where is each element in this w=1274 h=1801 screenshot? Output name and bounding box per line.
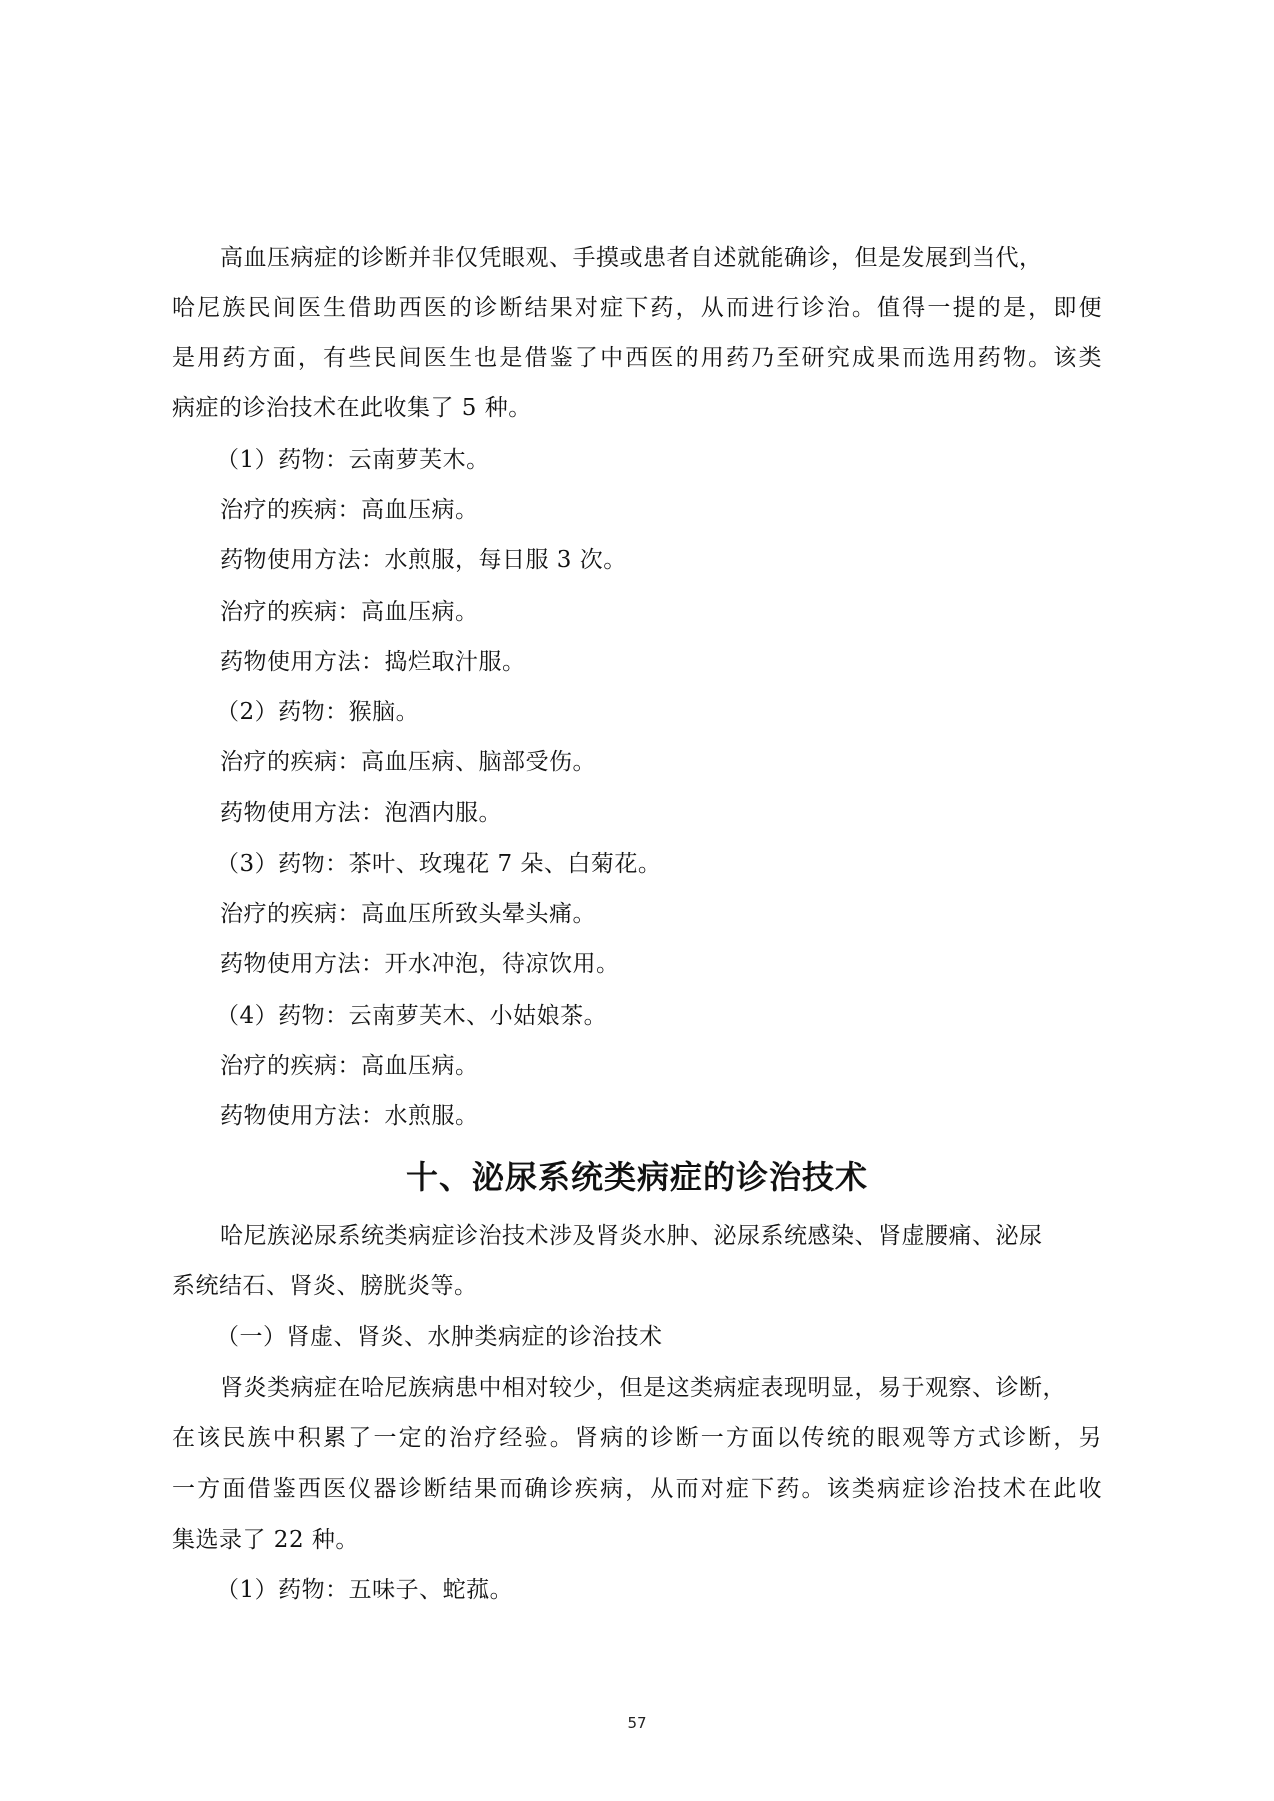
paragraph-line: 病症的诊治技术在此收集了 5 种。	[172, 393, 1102, 423]
medicine-entry: （4）药物：云南萝芙木、小姑娘茶。	[216, 1001, 1146, 1031]
subsection-heading: （一）肾虚、肾炎、水肿类病症的诊治技术	[216, 1322, 1146, 1352]
medicine-entry: （1）药物：云南萝芙木。	[216, 445, 1146, 475]
usage-entry: 药物使用方法：水煎服，每日服 3 次。	[220, 545, 1150, 575]
usage-entry: 药物使用方法：捣烂取汁服。	[220, 647, 1150, 677]
disease-entry: 治疗的疾病：高血压病。	[220, 597, 1150, 627]
page-number: 57	[0, 1713, 1274, 1733]
usage-entry: 药物使用方法：泡酒内服。	[220, 798, 1150, 828]
paragraph-line: 集选录了 22 种。	[172, 1525, 1102, 1555]
paragraph-line: 高血压病症的诊断并非仅凭眼观、手摸或患者自述就能确诊，但是发展到当代，	[220, 243, 1100, 273]
section-heading: 十、泌尿系统类病症的诊治技术	[0, 1157, 1274, 1197]
medicine-entry: （3）药物：茶叶、玫瑰花 7 朵、白菊花。	[216, 849, 1146, 879]
document-page: 高血压病症的诊断并非仅凭眼观、手摸或患者自述就能确诊，但是发展到当代， 哈尼族民…	[0, 0, 1274, 1801]
paragraph-line: 系统结石、肾炎、膀胱炎等。	[172, 1271, 1102, 1301]
paragraph-line: 肾炎类病症在哈尼族病患中相对较少，但是这类病症表现明显，易于观察、诊断，	[220, 1373, 1100, 1403]
paragraph-line: 哈尼族民间医生借助西医的诊断结果对症下药，从而进行诊治。值得一提的是，即便	[172, 293, 1102, 323]
medicine-entry: （2）药物：猴脑。	[216, 697, 1146, 727]
usage-entry: 药物使用方法：水煎服。	[220, 1101, 1150, 1131]
disease-entry: 治疗的疾病：高血压病。	[220, 495, 1150, 525]
usage-entry: 药物使用方法：开水冲泡，待凉饮用。	[220, 949, 1150, 979]
paragraph-line: 一方面借鉴西医仪器诊断结果而确诊疾病，从而对症下药。该类病症诊治技术在此收	[172, 1474, 1102, 1504]
disease-entry: 治疗的疾病：高血压病。	[220, 1051, 1150, 1081]
paragraph-line: 在该民族中积累了一定的治疗经验。肾病的诊断一方面以传统的眼观等方式诊断，另	[172, 1423, 1102, 1453]
medicine-entry: （1）药物：五味子、蛇菰。	[216, 1575, 1146, 1605]
disease-entry: 治疗的疾病：高血压所致头晕头痛。	[220, 899, 1150, 929]
paragraph-line: 哈尼族泌尿系统类病症诊治技术涉及肾炎水肿、泌尿系统感染、肾虚腰痛、泌尿	[220, 1221, 1100, 1251]
disease-entry: 治疗的疾病：高血压病、脑部受伤。	[220, 747, 1150, 777]
paragraph-line: 是用药方面，有些民间医生也是借鉴了中西医的用药乃至研究成果而选用药物。该类	[172, 343, 1102, 373]
